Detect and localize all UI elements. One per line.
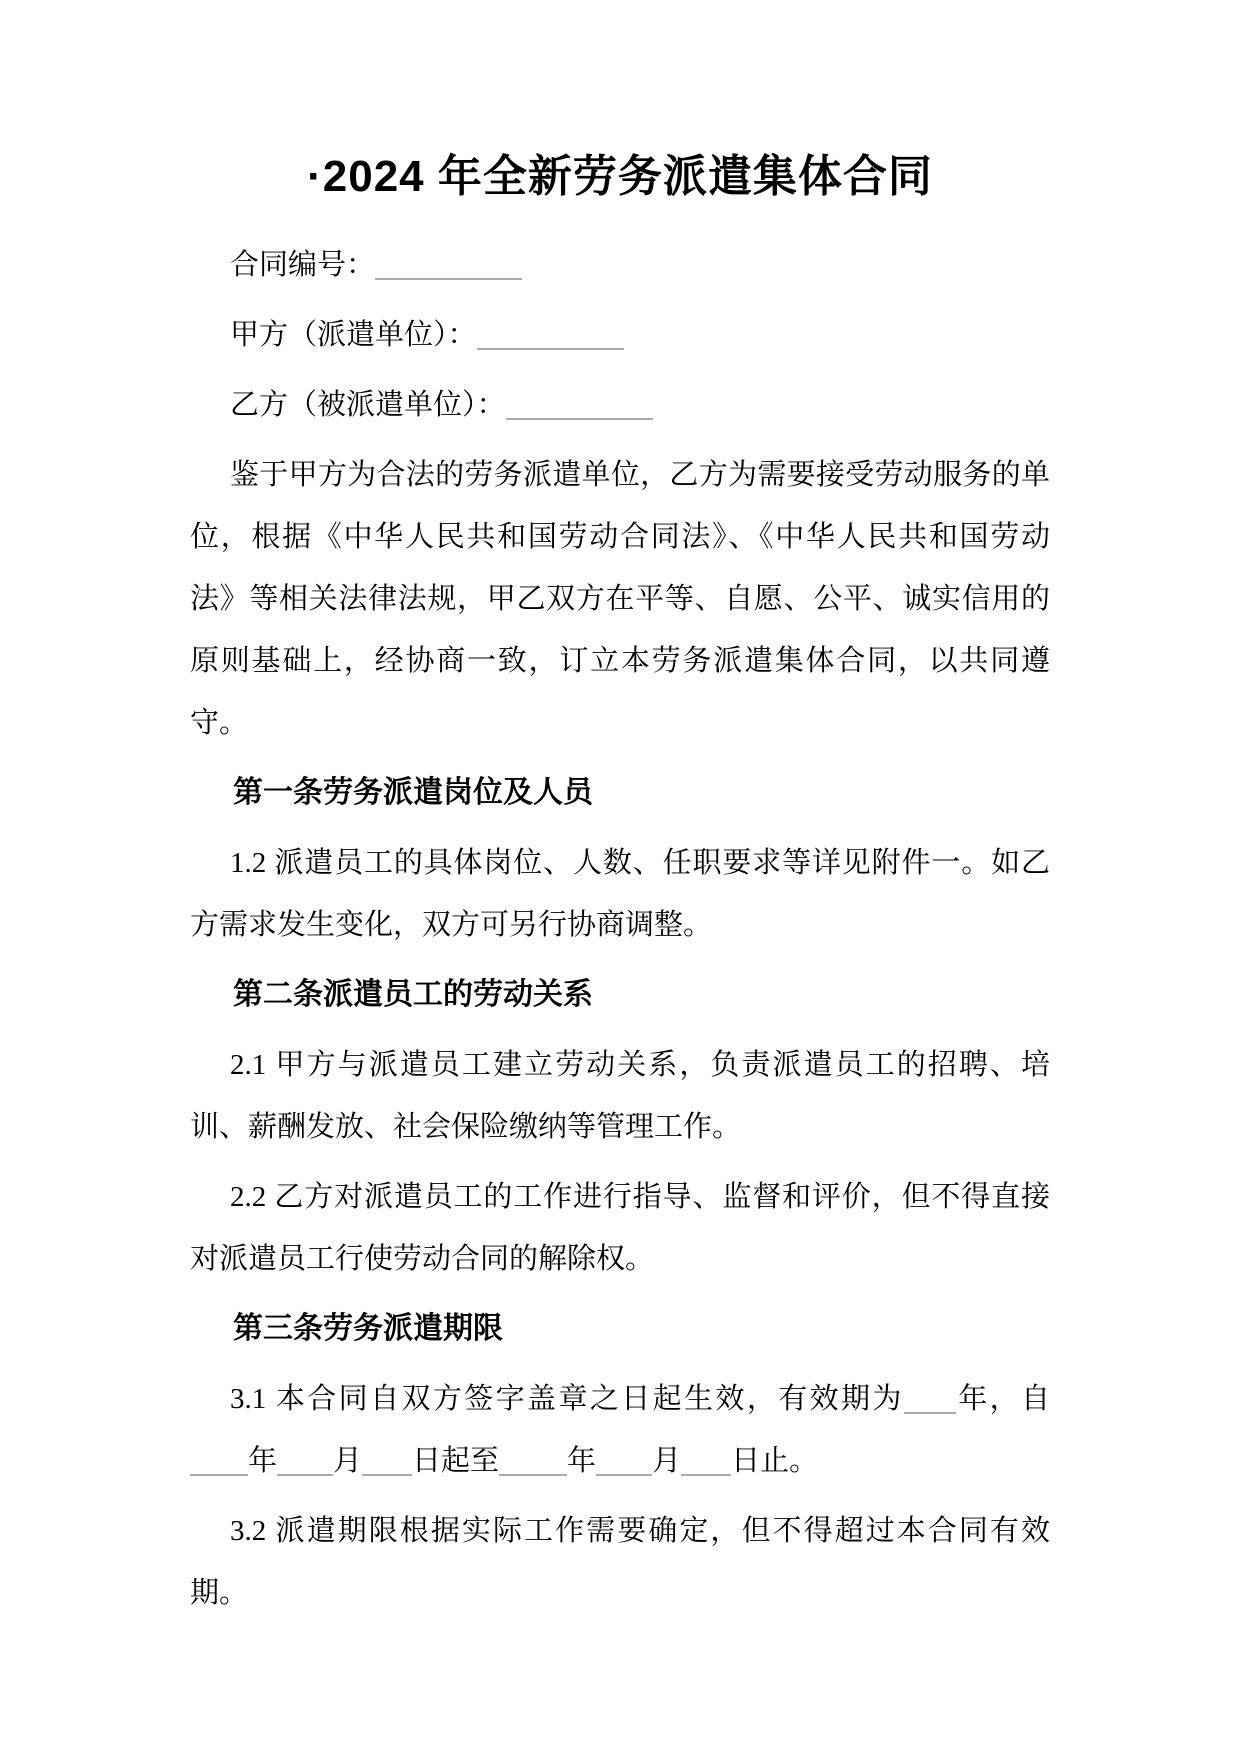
fill-in-blank xyxy=(190,1452,248,1476)
text-line: 3.1 本合同自双方签字盖章之日起生效，有效期为年，自 xyxy=(190,1368,1050,1430)
text-line: 2.1 甲方与派遣员工建立劳动关系，负责派遣员工的招聘、培 xyxy=(190,1034,1050,1096)
section-2-heading: 第二条派遣员工的劳动关系 xyxy=(190,964,1050,1026)
fill-in-blank xyxy=(904,1390,956,1414)
text-line: 对派遣员工行使劳动合同的解除权。 xyxy=(190,1228,1050,1290)
clause-1-2-paragraph: 1.2 派遣员工的具体岗位、人数、任职要求等详见附件一。如乙方需求发生变化，双方… xyxy=(190,832,1050,956)
section-1-heading: 第一条劳务派遣岗位及人员 xyxy=(190,762,1050,824)
text-line: 2.2 乙方对派遣员工的工作进行指导、监督和评价，但不得直接 xyxy=(190,1166,1050,1228)
party-a-blank xyxy=(477,326,624,350)
text-line: 训、薪酬发放、社会保险缴纳等管理工作。 xyxy=(190,1096,1050,1158)
clause-2-2-paragraph: 2.2 乙方对派遣员工的工作进行指导、监督和评价，但不得直接对派遣员工行使劳动合… xyxy=(190,1166,1050,1290)
fill-in-blank xyxy=(499,1452,567,1476)
section-3-heading: 第三条劳务派遣期限 xyxy=(190,1298,1050,1360)
clause-3-1-paragraph: 3.1 本合同自双方签字盖章之日起生效，有效期为年，自年月日起至年月日止。 xyxy=(190,1368,1050,1492)
party-a-label: 甲方（派遣单位）： xyxy=(230,319,477,351)
clause-3-2-paragraph: 3.2 派遣期限根据实际工作需要确定，但不得超过本合同有效期。 xyxy=(190,1500,1050,1624)
contract-number-label: 合同编号： xyxy=(230,249,375,281)
text-line: 鉴于甲方为合法的劳务派遣单位，乙方为需要接受劳动服务的单 xyxy=(190,444,1050,506)
text-line: 守。 xyxy=(190,692,1050,754)
document-page: ·2024 年全新劳务派遣集体合同 合同编号： 甲方（派遣单位）： 乙方（被派遣… xyxy=(0,0,1240,1753)
text-line: 原则基础上，经协商一致，订立本劳务派遣集体合同，以共同遵 xyxy=(190,630,1050,692)
fill-in-blank xyxy=(362,1452,412,1476)
text-line: 3.2 派遣期限根据实际工作需要确定，但不得超过本合同有效 xyxy=(190,1500,1050,1562)
contract-number-blank xyxy=(375,256,522,280)
party-a-row: 甲方（派遣单位）： xyxy=(190,304,1050,366)
party-b-blank xyxy=(506,396,653,420)
text-line: 期。 xyxy=(190,1562,1050,1624)
text-line: 方需求发生变化，双方可另行协商调整。 xyxy=(190,894,1050,956)
document-title: ·2024 年全新劳务派遣集体合同 xyxy=(190,148,1050,206)
fill-in-blank xyxy=(596,1452,652,1476)
clause-2-1-paragraph: 2.1 甲方与派遣员工建立劳动关系，负责派遣员工的招聘、培训、薪酬发放、社会保险… xyxy=(190,1034,1050,1158)
contract-number-row: 合同编号： xyxy=(190,234,1050,296)
text-line: 年月日起至年月日止。 xyxy=(190,1430,1050,1492)
text-line: 法》等相关法律法规，甲乙双方在平等、自愿、公平、诚实信用的 xyxy=(190,568,1050,630)
party-b-label: 乙方（被派遣单位）： xyxy=(230,389,506,421)
intro-paragraph: 鉴于甲方为合法的劳务派遣单位，乙方为需要接受劳动服务的单位，根据《中华人民共和国… xyxy=(190,444,1050,754)
fill-in-blank xyxy=(277,1452,333,1476)
party-b-row: 乙方（被派遣单位）： xyxy=(190,374,1050,436)
fill-in-blank xyxy=(681,1452,731,1476)
text-line: 1.2 派遣员工的具体岗位、人数、任职要求等详见附件一。如乙 xyxy=(190,832,1050,894)
text-line: 位，根据《中华人民共和国劳动合同法》、《中华人民共和国劳动 xyxy=(190,506,1050,568)
